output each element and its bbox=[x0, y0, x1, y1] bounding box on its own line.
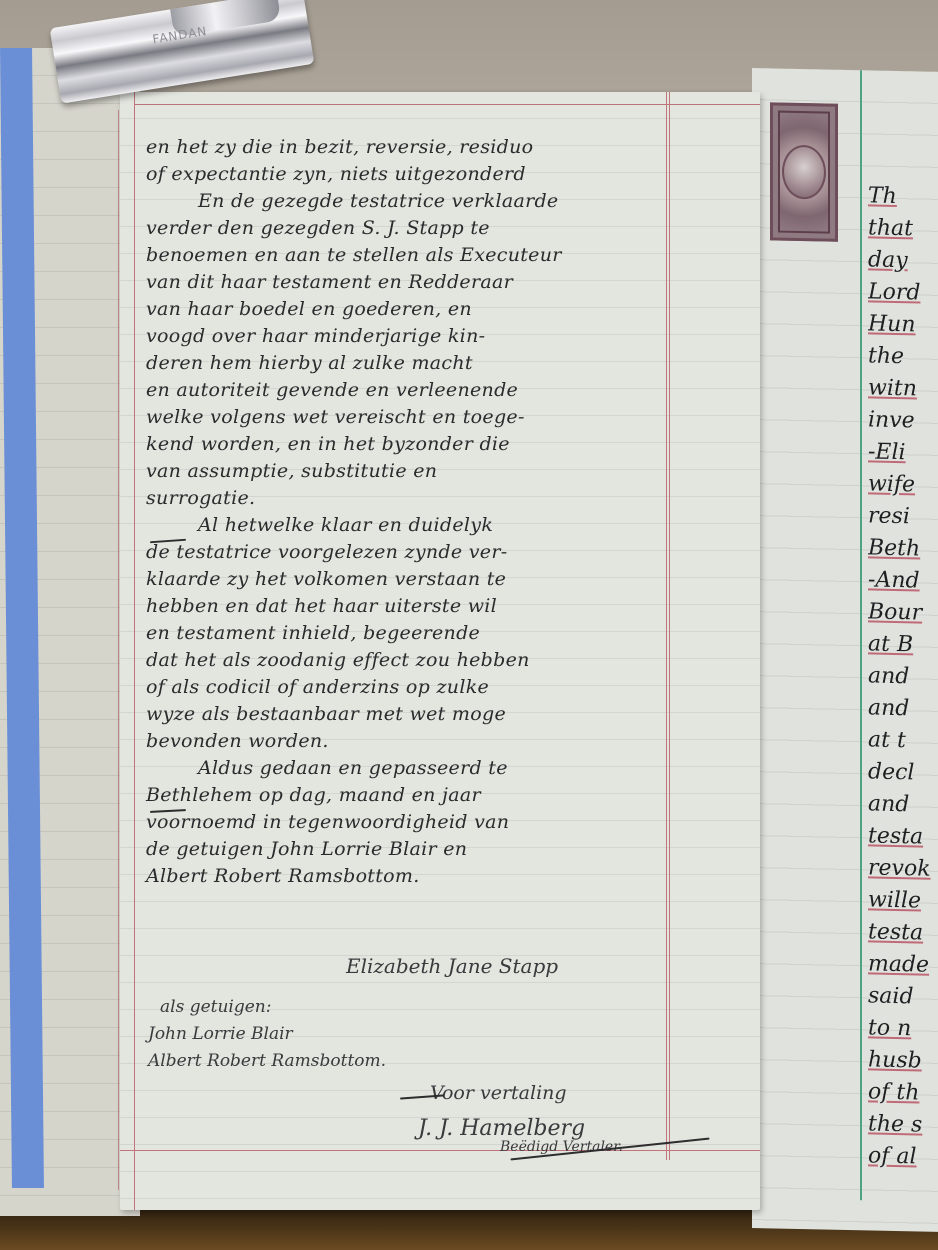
handwritten-line: welke volgens wet vereischt en toege- bbox=[146, 404, 666, 431]
main-document-sheet: en het zy die in bezit, reversie, residu… bbox=[120, 92, 760, 1210]
witnesses-label: als getuigen: bbox=[148, 994, 386, 1021]
handwritten-line: bevonden worden. bbox=[146, 728, 666, 755]
english-line-fragment: Bour bbox=[868, 596, 938, 630]
witness-name: John Lorrie Blair bbox=[148, 1021, 386, 1048]
handwritten-line: of als codicil of anderzins op zulke bbox=[146, 674, 666, 701]
english-line-fragment: inve bbox=[868, 404, 938, 438]
handwritten-line: Aldus gedaan en gepasseerd te bbox=[146, 755, 666, 782]
english-line-fragment: testa bbox=[868, 820, 938, 854]
right-page-english: ThthatdayLordHunthewitninve-EliwiferesiB… bbox=[752, 68, 938, 1232]
handwritten-line: en testament inhield, begeerende bbox=[146, 620, 666, 647]
english-line-fragment: and bbox=[868, 660, 938, 694]
revenue-stamp-icon bbox=[770, 102, 838, 241]
underlying-margin-rule bbox=[118, 110, 119, 1190]
english-line-fragment: testa bbox=[868, 916, 938, 950]
handwritten-line: en het zy die in bezit, reversie, residu… bbox=[146, 134, 666, 161]
handwritten-line: En de gezegde testatrice verklaarde bbox=[146, 188, 666, 215]
translation-certification: Voor vertaling J. J. Hamelberg Beëdigd V… bbox=[400, 1082, 720, 1155]
will-body-text: en het zy die in bezit, reversie, residu… bbox=[146, 134, 666, 890]
english-line-fragment: husb bbox=[868, 1044, 938, 1078]
handwritten-line: voornoemd in tegenwoordigheid van bbox=[146, 809, 666, 836]
left-margin-rule bbox=[134, 92, 135, 1210]
handwritten-line: deren hem hierby al zulke macht bbox=[146, 350, 666, 377]
handwritten-line: voogd over haar minderjarige kin- bbox=[146, 323, 666, 350]
handwritten-line: Albert Robert Ramsbottom. bbox=[146, 863, 666, 890]
handwritten-line: surrogatie. bbox=[146, 485, 666, 512]
handwritten-line: van assumptie, substitutie en bbox=[146, 458, 666, 485]
handwritten-line: en autoriteit gevende en verleenende bbox=[146, 377, 666, 404]
witnesses-block: als getuigen: John Lorrie Blair Albert R… bbox=[148, 994, 386, 1075]
english-line-fragment: revok bbox=[868, 852, 938, 886]
handwritten-line: of expectantie zyn, niets uitgezonderd bbox=[146, 161, 666, 188]
english-text-fragments: ThthatdayLordHunthewitninve-EliwiferesiB… bbox=[868, 180, 938, 1174]
english-line-fragment: decl bbox=[868, 756, 938, 790]
handwritten-line: verder den gezegden S. J. Stapp te bbox=[146, 215, 666, 242]
english-line-fragment: wife bbox=[868, 468, 938, 502]
green-margin-rule bbox=[860, 70, 862, 1200]
handwritten-line: van dit haar testament en Redderaar bbox=[146, 269, 666, 296]
right-margin-rule bbox=[666, 92, 667, 1160]
handwritten-line: benoemen en aan te stellen als Executeur bbox=[146, 242, 666, 269]
english-line-fragment: made bbox=[868, 948, 938, 982]
english-line-fragment: Lord bbox=[868, 276, 938, 310]
english-line-fragment: wille bbox=[868, 884, 938, 918]
english-line-fragment: Th bbox=[868, 180, 938, 214]
handwritten-line: klaarde zy het volkomen verstaan te bbox=[146, 566, 666, 593]
english-line-fragment: witn bbox=[868, 372, 938, 406]
handwritten-line: wyze als bestaanbaar met wet moge bbox=[146, 701, 666, 728]
stamp-portrait-icon bbox=[782, 145, 826, 200]
handwritten-line: dat het als zoodanig effect zou hebben bbox=[146, 647, 666, 674]
handwritten-line: Bethlehem op dag, maand en jaar bbox=[146, 782, 666, 809]
handwritten-line: hebben en dat het haar uiterste wil bbox=[146, 593, 666, 620]
clip-brand-label: FANDAN bbox=[152, 24, 209, 46]
english-line-fragment: -And bbox=[868, 564, 938, 598]
english-line-fragment: and bbox=[868, 692, 938, 726]
english-line-fragment: and bbox=[868, 788, 938, 822]
testatrix-signature: Elizabeth Jane Stapp bbox=[346, 954, 558, 978]
english-line-fragment: at t bbox=[868, 724, 938, 758]
handwritten-line: kend worden, en in het byzonder die bbox=[146, 431, 666, 458]
for-translation-label: Voor vertaling bbox=[400, 1082, 720, 1104]
stamp-frame bbox=[778, 111, 830, 234]
english-line-fragment: of al bbox=[868, 1140, 938, 1174]
translator-signature: J. J. Hamelberg bbox=[400, 1116, 720, 1141]
handwritten-line: Al hetwelke klaar en duidelyk bbox=[146, 512, 666, 539]
witness-name: Albert Robert Ramsbottom. bbox=[148, 1048, 386, 1075]
right-margin-rule-double bbox=[669, 92, 670, 1160]
english-line-fragment: Hun bbox=[868, 308, 938, 342]
handwritten-line: de getuigen John Lorrie Blair en bbox=[146, 836, 666, 863]
english-line-fragment: Beth bbox=[868, 532, 938, 566]
english-line-fragment: the s bbox=[868, 1108, 938, 1142]
english-line-fragment: day bbox=[868, 244, 938, 278]
english-line-fragment: -Eli bbox=[868, 436, 938, 470]
english-line-fragment: to n bbox=[868, 1012, 938, 1046]
english-line-fragment: said bbox=[868, 980, 938, 1014]
english-line-fragment: the bbox=[868, 340, 938, 374]
english-line-fragment: resi bbox=[868, 500, 938, 534]
handwritten-line: de testatrice voorgelezen zynde ver- bbox=[146, 539, 666, 566]
english-line-fragment: at B bbox=[868, 628, 938, 662]
handwritten-line: van haar boedel en goederen, en bbox=[146, 296, 666, 323]
english-line-fragment: that bbox=[868, 212, 938, 246]
english-line-fragment: of th bbox=[868, 1076, 938, 1110]
